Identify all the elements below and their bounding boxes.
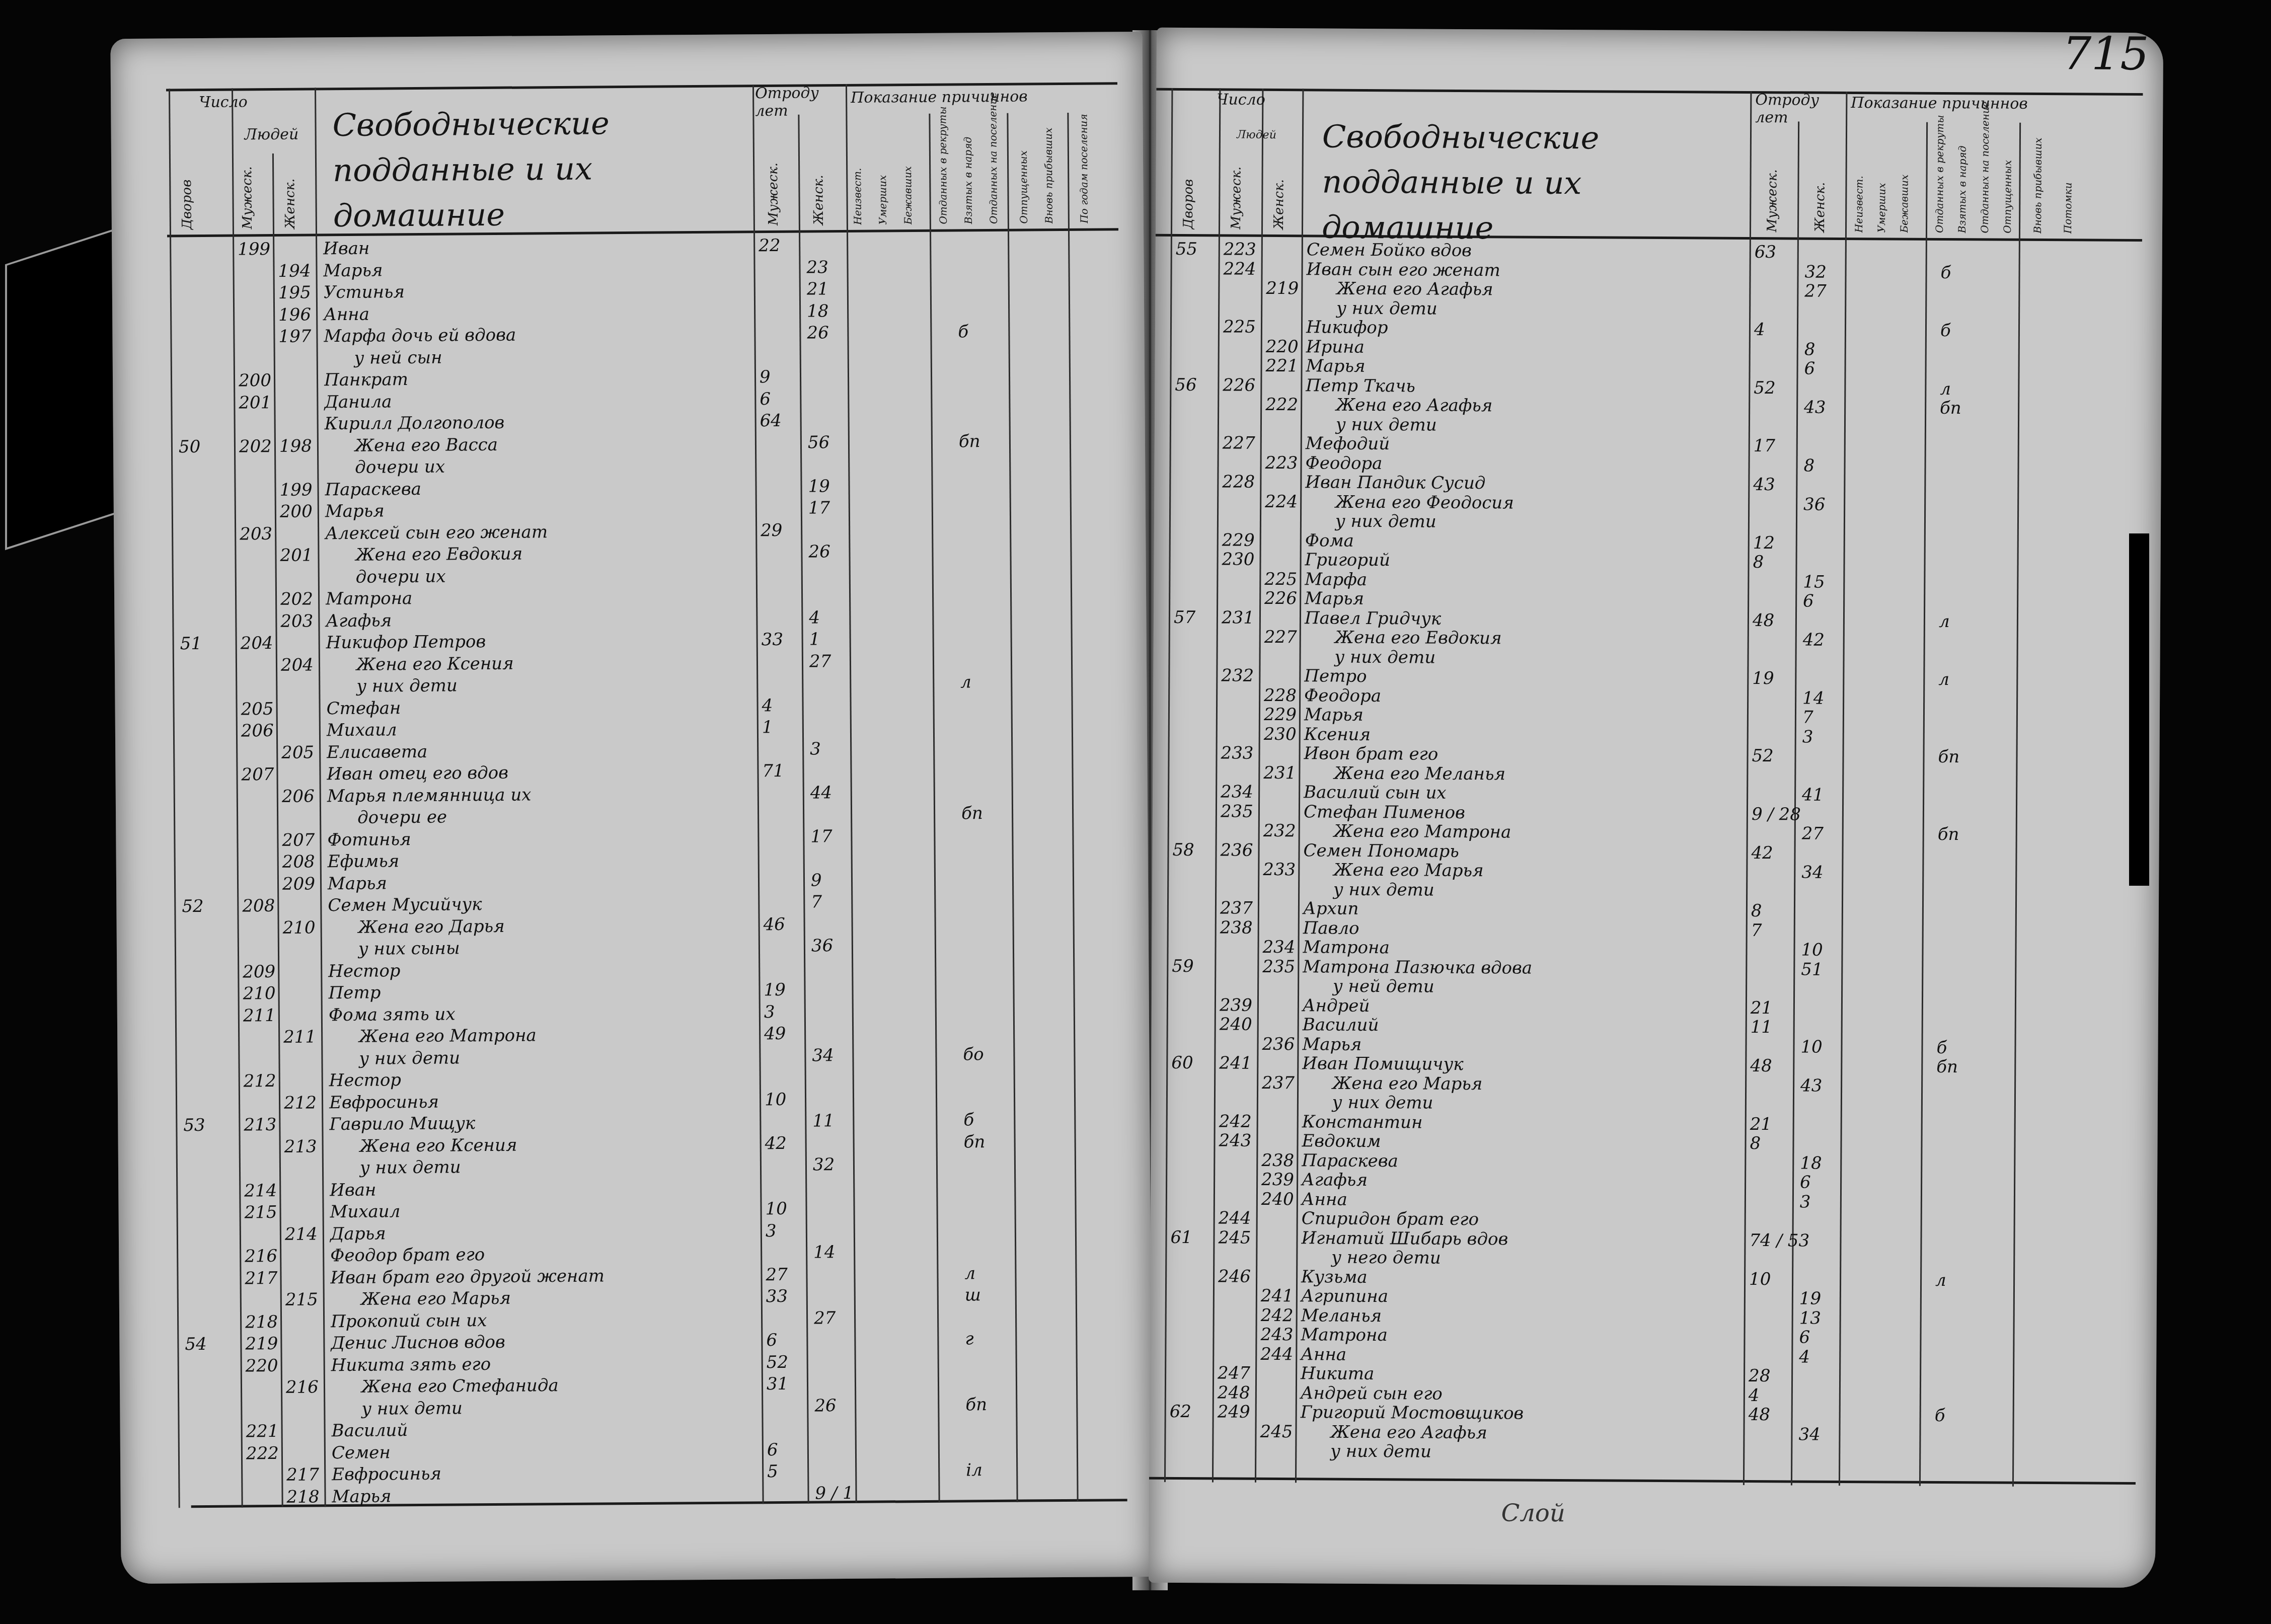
- female-soul-number: 195: [278, 282, 311, 302]
- footer-note: Слой: [1501, 1499, 1565, 1527]
- person-name: Стефан: [326, 698, 401, 719]
- female-age: 43: [1800, 1075, 1822, 1096]
- female-age: 8: [1804, 339, 1815, 359]
- male-soul-number: 236: [1220, 840, 1253, 860]
- male-age: 21: [1750, 1114, 1772, 1134]
- female-age: 15: [1803, 572, 1825, 592]
- female-soul-number: 236: [1262, 1034, 1295, 1054]
- male-soul-number: 213: [244, 1115, 276, 1135]
- female-age: 23: [806, 257, 828, 277]
- remark-mark: бп: [965, 1395, 987, 1415]
- female-soul-number: 235: [1262, 956, 1295, 976]
- female-age: 17: [808, 498, 830, 518]
- female-soul-number: 219: [1266, 278, 1299, 298]
- person-name: Матрона Пазючка вдова: [1303, 957, 1532, 978]
- person-name: Иван сын его женат: [1306, 259, 1500, 280]
- female-age: 32: [813, 1154, 835, 1175]
- person-name: Иван Пандик Сусид: [1305, 472, 1485, 493]
- person-name: Андрей сын его: [1301, 1383, 1443, 1404]
- female-age: 27: [814, 1308, 836, 1328]
- remark-col-8: Потомки: [2062, 138, 2074, 234]
- person-name: Агафья: [1302, 1170, 1368, 1190]
- person-name: Жена его Дарья: [358, 916, 505, 937]
- yard-number: 61: [1170, 1227, 1192, 1247]
- remark-col-3: Отданных в рекруты: [1933, 137, 1946, 233]
- person-name: Гаврило Мищук: [329, 1113, 475, 1134]
- male-soul-number: 242: [1219, 1111, 1252, 1131]
- male-soul-number: 224: [1223, 259, 1256, 279]
- person-name: Нестор: [328, 961, 401, 981]
- female-age: 3: [810, 739, 821, 759]
- female-age: 34: [812, 1045, 834, 1065]
- female-age: 36: [1803, 494, 1825, 514]
- yard-number: 62: [1170, 1402, 1191, 1422]
- female-age: 26: [814, 1396, 837, 1416]
- person-name: Анна: [324, 304, 369, 325]
- female-soul-number: 207: [282, 830, 315, 850]
- male-age: 74 / 53: [1749, 1230, 1809, 1251]
- female-age: 51: [1801, 959, 1823, 979]
- female-age: 41: [1802, 785, 1824, 805]
- male-soul-number: 223: [1224, 239, 1256, 259]
- person-name: Никифор: [1306, 317, 1388, 338]
- female-soul-number: 227: [1264, 627, 1297, 647]
- male-age: 8: [1751, 901, 1762, 921]
- person-name: Игнатий Шибарь вдов: [1301, 1228, 1508, 1249]
- left-page: Число Людей Дворов Мужеск. Женск. Свобод…: [110, 32, 1153, 1584]
- male-age: 10: [765, 1199, 787, 1219]
- female-age: 19: [808, 476, 830, 496]
- male-soul-number: 222: [246, 1443, 279, 1463]
- remark-col-1: Умерших: [876, 134, 889, 224]
- male-age: 46: [763, 914, 785, 934]
- yard-number: 53: [183, 1115, 205, 1135]
- person-name: у ней дети: [1333, 976, 1434, 997]
- person-name: Никита зять его: [331, 1354, 491, 1375]
- female-soul-number: 238: [1261, 1150, 1294, 1170]
- remark-mark: бп: [964, 1132, 986, 1152]
- female-soul-number: 225: [1264, 569, 1297, 589]
- person-name: Василий: [1303, 1015, 1379, 1035]
- female-age: 56: [808, 432, 830, 452]
- person-name: Агрипина: [1301, 1286, 1388, 1306]
- female-age: 27: [809, 651, 831, 671]
- header-remarks: Показание причиннов: [851, 88, 1028, 106]
- female-age: 44: [810, 783, 832, 803]
- female-age: 14: [813, 1242, 836, 1262]
- person-name: Феодор брат его: [330, 1245, 485, 1266]
- male-soul-number: 227: [1223, 433, 1255, 453]
- male-age: 19: [1752, 668, 1774, 688]
- female-age: 6: [1799, 1328, 1810, 1348]
- person-name: Жена его Ксения: [360, 1135, 517, 1156]
- male-age: 11: [1751, 1017, 1772, 1037]
- male-soul-number: 240: [1220, 1014, 1252, 1034]
- female-soul-number: 220: [1266, 336, 1299, 356]
- male-soul-number: 225: [1223, 317, 1256, 337]
- female-age: 34: [1801, 863, 1823, 883]
- male-soul-number: 245: [1218, 1227, 1251, 1248]
- female-age: 14: [1802, 688, 1824, 708]
- male-age: 4: [762, 695, 773, 716]
- remark-mark: іл: [966, 1460, 982, 1480]
- male-age: 10: [1749, 1269, 1771, 1289]
- female-age: 9: [811, 870, 822, 890]
- male-soul-number: 199: [238, 239, 270, 259]
- female-soul-number: 229: [1264, 705, 1297, 725]
- remark-mark: бп: [959, 431, 980, 451]
- remark-col-7: Вновь прибывших: [1042, 133, 1055, 223]
- female-soul-number: 241: [1261, 1286, 1294, 1306]
- person-name: дочери ее: [357, 807, 447, 828]
- female-soul-number: 231: [1263, 762, 1296, 783]
- person-name: Евфросинья: [329, 1092, 439, 1113]
- person-name: Михаил: [327, 720, 397, 740]
- female-soul-number: 243: [1260, 1325, 1293, 1345]
- person-name: Ирина: [1306, 337, 1365, 357]
- person-name: Прокопий сын их: [331, 1310, 487, 1332]
- person-name: Семен: [332, 1442, 391, 1463]
- female-soul-number: 228: [1264, 685, 1297, 705]
- female-soul-number: 208: [282, 852, 315, 872]
- person-name: Жена его Стефанида: [361, 1375, 559, 1397]
- person-name: Семен Мусийчук: [328, 894, 482, 915]
- remark-mark: б: [963, 1110, 974, 1130]
- male-age: 52: [767, 1352, 789, 1372]
- remark-col-6: Отпущенных: [1017, 133, 1030, 223]
- female-soul-number: 206: [282, 786, 315, 806]
- person-name: Кирилл Долгополов: [325, 413, 505, 434]
- remark-mark: б: [1936, 1037, 1947, 1057]
- person-name: Жена его Агафья: [1336, 279, 1493, 300]
- male-age: 3: [766, 1221, 777, 1241]
- remark-col-0: Неизвест.: [1853, 137, 1865, 233]
- female-soul-number: 222: [1265, 395, 1298, 415]
- male-soul-number: 226: [1223, 375, 1255, 395]
- header-age-male: Мужеск.: [1765, 157, 1780, 232]
- male-soul-number: 211: [243, 1005, 276, 1025]
- person-name: Агафья: [326, 610, 392, 631]
- person-name: у них сыны: [358, 938, 460, 959]
- remark-mark: бо: [963, 1044, 984, 1064]
- female-age: 8: [1803, 455, 1814, 476]
- male-age: 17: [1754, 436, 1775, 456]
- female-soul-number: 221: [1265, 356, 1298, 376]
- left-register-table: Число Людей Дворов Мужеск. Женск. Свобод…: [110, 32, 1153, 1584]
- person-name: Алексей сын его женат: [325, 522, 548, 544]
- female-soul-number: 215: [285, 1289, 318, 1309]
- female-soul-number: 213: [284, 1136, 317, 1156]
- female-soul-number: 245: [1260, 1421, 1293, 1441]
- person-name: Жена его Агафья: [1336, 395, 1492, 416]
- person-name: Жена его Евдокия: [1335, 628, 1502, 649]
- female-soul-number: 196: [278, 304, 311, 325]
- person-name: Фома: [1305, 530, 1354, 551]
- male-age: 31: [767, 1374, 789, 1394]
- remark-mark: б: [1935, 1406, 1945, 1426]
- male-age: 28: [1749, 1366, 1770, 1386]
- person-name: Ксения: [1304, 724, 1371, 745]
- male-age: 6: [767, 1440, 778, 1460]
- yard-number: 54: [185, 1334, 207, 1354]
- female-soul-number: 217: [286, 1464, 319, 1485]
- female-soul-number: 232: [1263, 821, 1296, 841]
- female-soul-number: 233: [1263, 860, 1296, 880]
- male-soul-number: 241: [1219, 1053, 1252, 1073]
- male-soul-number: 221: [246, 1421, 278, 1441]
- person-name: Денис Лиснов вдов: [331, 1332, 505, 1353]
- person-name: Иван отец его вдов: [327, 763, 508, 785]
- remark-mark: бп: [961, 803, 983, 823]
- female-soul-number: 224: [1265, 491, 1298, 511]
- remark-col-0: Неизвест.: [851, 134, 864, 225]
- header-female: Женск.: [1271, 159, 1287, 229]
- person-name: Евдоким: [1302, 1131, 1381, 1151]
- male-soul-number: 229: [1222, 530, 1255, 550]
- person-name: Данила: [324, 392, 392, 412]
- remark-col-1: Умерших: [1875, 137, 1888, 233]
- person-name: Марья: [323, 260, 383, 281]
- person-name: у них дети: [1336, 298, 1437, 319]
- male-age: 27: [766, 1264, 788, 1284]
- male-soul-number: 208: [242, 896, 275, 916]
- female-age: 3: [1800, 1192, 1811, 1212]
- male-age: 22: [759, 236, 781, 256]
- male-soul-number: 238: [1220, 917, 1253, 938]
- male-age: 33: [762, 630, 784, 650]
- female-age: 19: [1799, 1289, 1821, 1309]
- male-soul-number: 216: [245, 1246, 277, 1266]
- female-soul-number: 244: [1260, 1344, 1293, 1364]
- male-soul-number: 210: [243, 983, 275, 1003]
- yard-number: 51: [180, 634, 202, 654]
- remark-mark: л: [960, 672, 971, 692]
- male-age: 29: [761, 520, 783, 540]
- person-name: Ивон брат его: [1304, 743, 1438, 764]
- remark-col-4: Взятых в наряд: [1956, 137, 1969, 233]
- male-age: 48: [1749, 1405, 1770, 1425]
- person-name: Василий сын их: [1304, 782, 1447, 803]
- male-age: 64: [760, 411, 782, 431]
- male-soul-number: 204: [241, 633, 273, 653]
- male-age: 42: [1751, 842, 1773, 863]
- person-name: Феодора: [1305, 453, 1382, 474]
- person-name: Жена его Матрона: [359, 1025, 537, 1046]
- male-soul-number: 205: [241, 699, 273, 719]
- female-age: 36: [811, 936, 834, 956]
- yard-number: 55: [1176, 239, 1197, 259]
- female-soul-number: 216: [286, 1377, 319, 1397]
- remark-mark: б: [1940, 321, 1951, 341]
- person-name: Жена его Матрона: [1334, 821, 1511, 842]
- male-age: 4: [1754, 320, 1765, 340]
- male-age: 1: [762, 717, 773, 737]
- male-soul-number: 246: [1218, 1266, 1251, 1286]
- person-name: Иван: [323, 239, 369, 259]
- person-name: Андрей: [1303, 995, 1370, 1016]
- male-age: 8: [1753, 552, 1764, 572]
- remark-mark: б: [958, 322, 968, 342]
- header-souls: Людей: [1237, 129, 1276, 141]
- person-name: Ефимья: [328, 851, 400, 872]
- person-name: Иван: [330, 1180, 376, 1200]
- male-age: 43: [1753, 475, 1775, 495]
- register-row: у них дети: [1149, 1440, 2136, 1472]
- person-name: Григорий Мостовщиков: [1301, 1402, 1524, 1423]
- person-name: Петр: [328, 982, 381, 1003]
- table-bottom-rule: [1149, 1477, 2136, 1485]
- male-soul-number: 239: [1220, 995, 1252, 1015]
- male-soul-number: 217: [245, 1268, 277, 1288]
- male-soul-number: 212: [244, 1071, 276, 1091]
- male-soul-number: 203: [240, 523, 272, 544]
- person-name: Жена его Феодосия: [1335, 492, 1514, 513]
- male-soul-number: 201: [239, 392, 271, 412]
- female-age: 9 / 1: [815, 1483, 854, 1503]
- header-number: Число: [199, 93, 248, 111]
- male-age: 48: [1753, 610, 1774, 631]
- female-soul-number: 242: [1261, 1305, 1294, 1325]
- female-soul-number: 205: [281, 742, 314, 762]
- female-age: 7: [1802, 708, 1813, 728]
- remark-col-5: Отданных на поселение: [987, 133, 1000, 224]
- female-age: 1: [809, 629, 820, 649]
- male-soul-number: 207: [241, 764, 274, 785]
- male-soul-number: 220: [246, 1355, 278, 1375]
- remark-mark: л: [1938, 669, 1949, 689]
- person-name: Иван брат его другой женат: [330, 1266, 604, 1288]
- remark-mark: л: [1940, 378, 1951, 399]
- person-name: Нестор: [329, 1070, 402, 1091]
- header-remarks: Показание причиннов: [1851, 94, 2028, 113]
- person-name: Жена его Меланья: [1334, 763, 1505, 784]
- male-age: 9 / 28: [1752, 804, 1801, 824]
- male-soul-number: 218: [245, 1311, 278, 1332]
- person-name: Павел Гридчук: [1305, 608, 1441, 629]
- male-age: 6: [760, 389, 771, 409]
- person-name: Марфа: [1305, 569, 1367, 590]
- female-soul-number: 211: [283, 1027, 316, 1047]
- header-yard: Дворов: [1181, 159, 1196, 229]
- person-name: Жена его Агафья: [1330, 1422, 1487, 1443]
- female-age: 43: [1804, 398, 1826, 418]
- male-soul-number: 219: [245, 1334, 278, 1354]
- female-soul-number: 199: [279, 480, 312, 500]
- person-name: Семен Бойко вдов: [1307, 240, 1472, 261]
- header-name-title: Свободныческие подданные и их домашние: [332, 100, 736, 239]
- male-soul-number: 214: [244, 1180, 277, 1200]
- female-soul-number: 209: [282, 874, 315, 894]
- header-male: Мужеск.: [1229, 159, 1244, 229]
- remark-col-5: Отданных на поселение: [1979, 137, 1991, 233]
- female-age: 26: [808, 542, 830, 562]
- female-soul-number: 239: [1261, 1170, 1294, 1190]
- male-age: 52: [1752, 746, 1773, 766]
- person-name: Меланья: [1301, 1305, 1382, 1326]
- male-soul-number: 209: [243, 961, 275, 981]
- person-name: Марья: [1305, 588, 1364, 609]
- person-name: Жена его Евдокия: [355, 544, 522, 565]
- person-name: Матрона: [1301, 1325, 1387, 1345]
- person-name: Марья: [1304, 705, 1364, 725]
- male-age: 49: [764, 1024, 786, 1044]
- remark-mark: бп: [1938, 824, 1959, 844]
- person-name: Жена его Марья: [361, 1288, 511, 1309]
- person-name: Елисавета: [327, 741, 427, 762]
- yard-number: 57: [1174, 607, 1195, 627]
- scanned-book: Число Людей Дворов Мужеск. Женск. Свобод…: [0, 0, 2271, 1624]
- right-register-table: Число Людей Дворов Мужеск. Женск. Свобод…: [1149, 28, 2163, 1588]
- female-age: 6: [1800, 1173, 1811, 1193]
- male-soul-number: 202: [239, 436, 272, 456]
- remark-mark: бп: [1940, 398, 1961, 418]
- male-soul-number: 233: [1221, 743, 1253, 763]
- person-name: Мефодий: [1306, 433, 1390, 454]
- male-soul-number: 243: [1219, 1130, 1251, 1150]
- person-name: у них дети: [1335, 511, 1436, 532]
- header-souls: Людей: [245, 126, 299, 144]
- male-soul-number: 234: [1221, 782, 1253, 802]
- female-soul-number: 226: [1264, 588, 1297, 608]
- person-name: Жена его Ксения: [356, 653, 514, 674]
- female-soul-number: 197: [278, 326, 311, 346]
- female-soul-number: 201: [280, 545, 313, 565]
- person-name: Марья племянница их: [327, 785, 532, 806]
- male-soul-number: 231: [1222, 607, 1254, 628]
- female-soul-number: 218: [286, 1487, 319, 1507]
- person-name: Жена его Марья: [1333, 860, 1483, 881]
- male-age: 71: [762, 761, 784, 781]
- female-age: 13: [1799, 1308, 1821, 1328]
- yard-number: 50: [179, 436, 201, 456]
- male-age: 9: [760, 367, 771, 387]
- female-age: 10: [1801, 940, 1823, 960]
- person-name: Фотинья: [327, 829, 411, 850]
- person-name: Стефан Пименов: [1304, 802, 1465, 823]
- person-name: Анна: [1302, 1189, 1347, 1209]
- male-age: 5: [767, 1461, 778, 1482]
- person-name: Дарья: [330, 1223, 386, 1244]
- yard-number: 58: [1172, 839, 1194, 860]
- female-soul-number: 194: [278, 261, 311, 281]
- person-name: Петр Ткачь: [1306, 375, 1415, 396]
- female-age: 27: [1802, 824, 1824, 844]
- male-soul-number: 200: [239, 370, 271, 391]
- male-age: 33: [766, 1286, 788, 1306]
- yard-number: 59: [1172, 956, 1193, 976]
- remark-mark: л: [964, 1263, 975, 1283]
- person-name: Семен Пономарь: [1303, 840, 1459, 862]
- remark-col-2: Бежавших: [1898, 137, 1911, 233]
- header-male: Мужеск.: [240, 159, 255, 229]
- person-name: Петро: [1304, 666, 1367, 686]
- male-age: 10: [765, 1089, 787, 1109]
- male-age: 6: [766, 1330, 777, 1350]
- person-name: Матрона: [1303, 937, 1389, 958]
- remark-col-4: Взятых в наряд: [962, 133, 974, 224]
- header-name-title: Свободныческие подданные и их домашние: [1322, 114, 1725, 252]
- female-age: 3: [1802, 727, 1813, 747]
- person-name: дочери их: [356, 566, 446, 587]
- header-female: Женск.: [282, 159, 298, 229]
- header-age: Отроду лет: [1755, 91, 1846, 127]
- header-age-male: Мужеск.: [766, 155, 781, 225]
- female-soul-number: 230: [1264, 724, 1297, 744]
- person-name: Кузьма: [1301, 1267, 1368, 1287]
- female-age: 4: [809, 607, 820, 628]
- male-age: 12: [1753, 533, 1775, 553]
- female-soul-number: 210: [283, 917, 316, 938]
